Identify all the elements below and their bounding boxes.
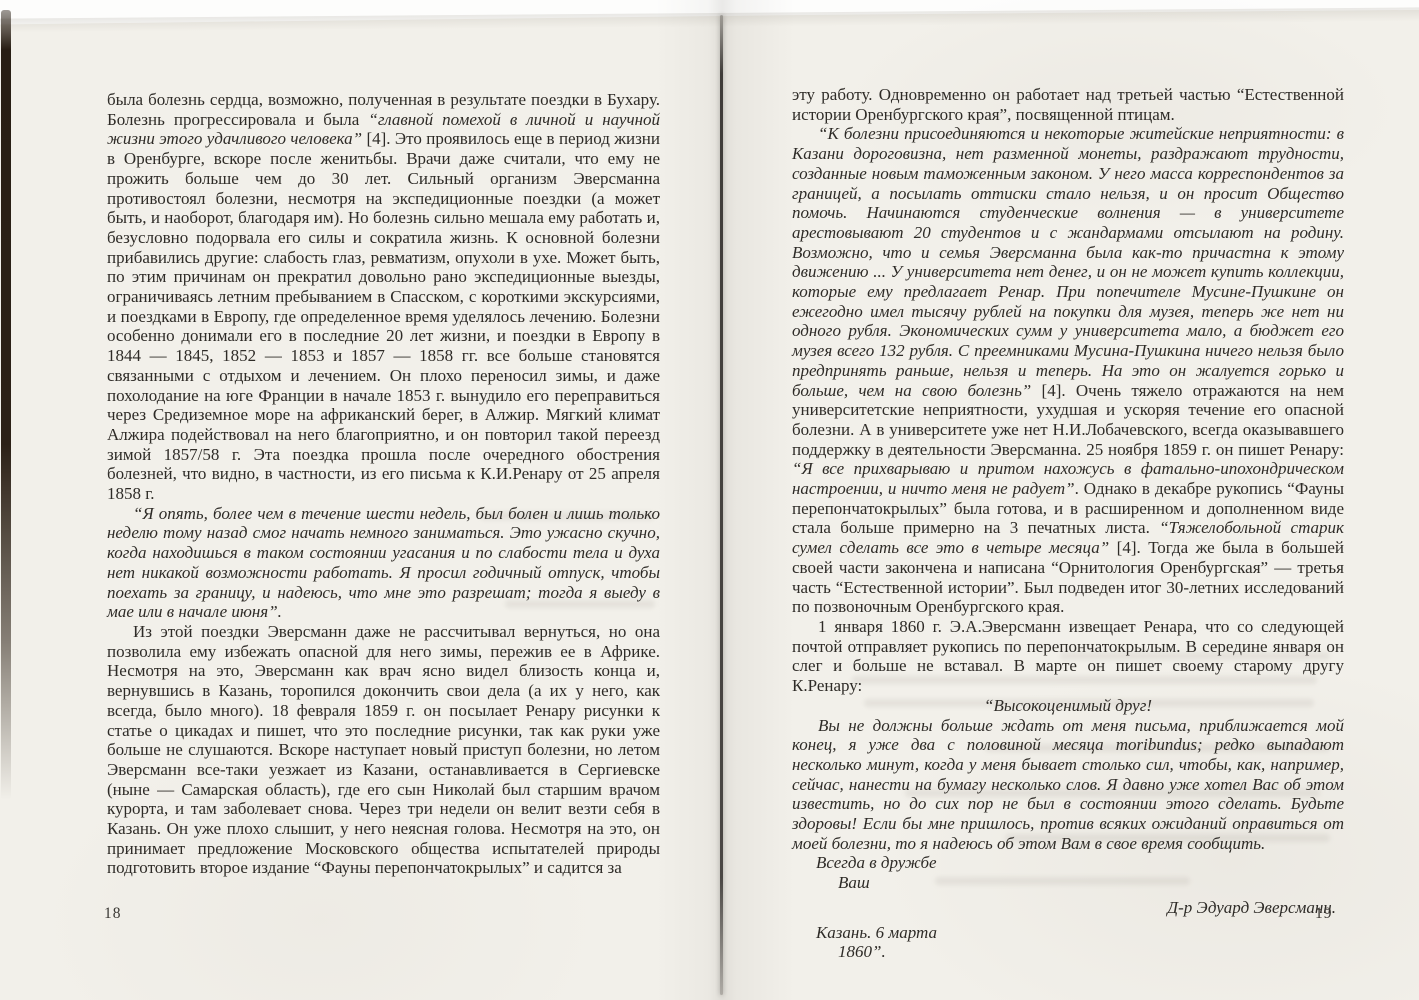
body-text: [4]. Это проявилось еще в период жизни в… (107, 129, 660, 503)
binding-gutter-line (720, 15, 723, 995)
right-page-text: эту работу. Одновременно он работает над… (792, 85, 1344, 962)
paragraph: эту работу. Одновременно он работает над… (792, 85, 1344, 124)
paragraph: Казань. 6 марта (816, 923, 1344, 943)
page-number-right: 19 (1315, 905, 1333, 923)
quoted-letter-text: Казань. 6 марта (816, 923, 937, 942)
quoted-letter-text: “Высокоценимый друг! (984, 696, 1152, 715)
quoted-letter-text: Ваш (838, 873, 870, 892)
quoted-letter-text: “К болезни присоединяются и некоторые жи… (792, 124, 1344, 399)
paragraph: 1 января 1860 г. Э.А.Эверсманн извещает … (792, 617, 1344, 696)
page-number-left: 18 (104, 905, 122, 923)
quoted-letter-text: Вы не должны больше ждать от меня письма… (792, 716, 1344, 853)
body-text: 1 января 1860 г. Э.А.Эверсманн извещает … (792, 617, 1344, 695)
body-text: Из этой поездки Эверсманн даже не рассчи… (107, 622, 660, 877)
paragraph: “Высокоценимый друг! (792, 696, 1344, 716)
paragraph: Из этой поездки Эверсманн даже не рассчи… (107, 622, 660, 878)
book-scan: { "colors": { "paper": "#f2f0ea", "ink":… (0, 0, 1419, 1000)
body-text: эту работу. Одновременно он работает над… (792, 85, 1344, 124)
paragraph: Вы не должны больше ждать от меня письма… (792, 716, 1344, 854)
paragraph: Д-р Эдуард Эверсманн. (792, 898, 1344, 918)
paragraph: Всегда в дружбе (816, 853, 1344, 873)
paragraph: была болезнь сердца, возможно, полученна… (107, 90, 660, 504)
gutter-shadow (655, 0, 795, 1000)
paragraph: “К болезни присоединяются и некоторые жи… (792, 124, 1344, 617)
quoted-letter-text: Д-р Эдуард Эверсманн. (1167, 898, 1336, 917)
quoted-letter-text: Всегда в дружбе (816, 853, 937, 872)
book-spread: была болезнь сердца, возможно, полученна… (0, 0, 1419, 1000)
quoted-letter-text: 1860”. (838, 942, 886, 961)
left-page-text: была болезнь сердца, возможно, полученна… (107, 90, 660, 878)
paragraph: “Я опять, более чем в течение шести неде… (107, 504, 660, 622)
paragraph: Ваш (838, 873, 1344, 893)
paragraph: 1860”. (838, 942, 1344, 962)
left-scan-edge (1, 10, 11, 800)
quoted-letter-text: “Я опять, более чем в течение шести неде… (107, 504, 660, 622)
